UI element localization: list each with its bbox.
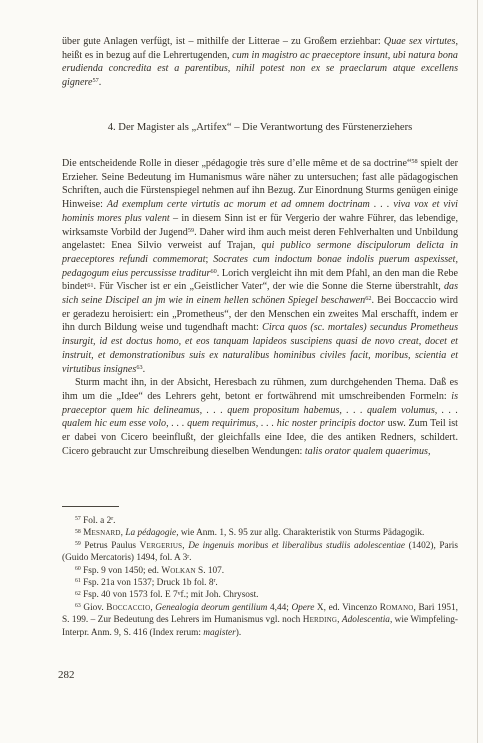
text-run: Fsp. 40 von 1573 fol. E 7 [81, 590, 178, 600]
text-run: . Für Vischer ist er ein „Geistlicher Va… [93, 281, 443, 292]
footnote-marker: 62 [75, 591, 81, 597]
page-number: 282 [58, 669, 75, 681]
footnote-61: 61 Fsp. 21a von 1537; Druck 1b fol. 8r. [62, 577, 458, 589]
text-run: . [113, 516, 115, 526]
footnote-marker: 58 [411, 158, 417, 165]
paragraph-continuation: über gute Anlagen verfügt, ist – mithilf… [62, 35, 458, 90]
footnote-marker: 59 [188, 227, 194, 234]
text-run: über gute Anlagen verfügt, ist – mithilf… [62, 36, 384, 47]
text-run: talis orator qualem quaerimus, [305, 446, 431, 457]
footnote-marker: 62 [365, 295, 371, 302]
footnote-marker: 57 [75, 516, 81, 522]
text-run: , wie Anm. 1, S. 95 zur allg. Charakteri… [176, 528, 424, 538]
text-run: X, ed. Vincenzo [314, 603, 379, 613]
text-run: Opere [291, 603, 314, 613]
text-run: Adolescentia [342, 615, 390, 625]
text-run: Quae sex virtutes [384, 36, 456, 47]
text-run: f.; mit Joh. Chrysost. [180, 590, 258, 600]
footnote-58: 58 Mesnard, La pédagogie, wie Anm. 1, S.… [62, 527, 458, 539]
paragraph-sturm: Sturm macht ihn, in der Absicht, Heresba… [62, 376, 458, 458]
footnote-marker: 63 [75, 603, 81, 609]
footnote-60: 60 Fsp. 9 von 1450; ed. Wolkan S. 107. [62, 565, 458, 577]
text-run: . [189, 553, 191, 563]
text-run: . [99, 77, 102, 88]
text-run: Vergerius [140, 541, 183, 551]
text-run: Die entscheidende Rolle in dieser „pédag… [62, 158, 411, 169]
footnote-separator [62, 506, 119, 507]
footnote-marker: 61 [87, 282, 93, 289]
text-run: Fol. a 2 [81, 516, 111, 526]
footnote-marker: 59 [75, 541, 81, 547]
footnote-marker: 57 [92, 77, 98, 84]
text-run: Fsp. 9 von 1450; ed. [81, 566, 162, 576]
footnote-marker: 61 [75, 578, 81, 584]
text-run: magister [203, 628, 236, 638]
footnote-marker: 60 [75, 566, 81, 572]
text-run: 4,44; [267, 603, 291, 613]
text-run: Genealogia deorum gentilium [155, 603, 267, 613]
paragraph-main: Die entscheidende Rolle in dieser „pédag… [62, 157, 458, 376]
footnote-62: 62 Fsp. 40 von 1573 fol. E 7vf.; mit Joh… [62, 589, 458, 601]
text-run: Boccaccio [106, 603, 150, 613]
book-page: über gute Anlagen verfügt, ist – mithilf… [0, 0, 483, 743]
text-run: Mesnard [83, 528, 121, 538]
footnote-57: 57 Fol. a 2r. [62, 515, 458, 527]
footnote-59: 59 Petrus Paulus Vergerius, De ingenuis … [62, 540, 458, 565]
text-run: Romano [380, 603, 414, 613]
text-run: De ingenuis moribus et liberalibus studi… [188, 541, 405, 551]
footnote-marker: r [187, 554, 189, 560]
text-run: Fsp. 21a von 1537; Druck 1b fol. 8 [81, 578, 214, 588]
footnote-marker: 58 [75, 529, 81, 535]
footnote-63: 63 Giov. Boccaccio, Genealogia deorum ge… [62, 602, 458, 639]
footnote-marker: 60 [210, 268, 216, 275]
footnote-marker: 63 [136, 364, 142, 371]
text-run: Petrus Paulus [81, 541, 140, 551]
text-run: S. 107. [196, 566, 224, 576]
text-run: ). [236, 628, 241, 638]
page-edge-line [477, 0, 478, 743]
text-run: Giov. [81, 603, 107, 613]
footnote-marker: r [111, 516, 113, 522]
text-run: . [215, 578, 217, 588]
section-heading: 4. Der Magister als „Artifex“ – Die Vera… [62, 122, 458, 133]
text-run: La pédagogie [125, 528, 176, 538]
text-run: Wolkan [161, 566, 195, 576]
text-run: Sturm macht ihn, in der Absicht, Heresba… [62, 377, 458, 402]
main-text: Die entscheidende Rolle in dieser „pédag… [62, 157, 458, 458]
text-run: Herding [303, 615, 337, 625]
footnote-area: 57 Fol. a 2r. 58 Mesnard, La pédagogie, … [62, 506, 458, 639]
